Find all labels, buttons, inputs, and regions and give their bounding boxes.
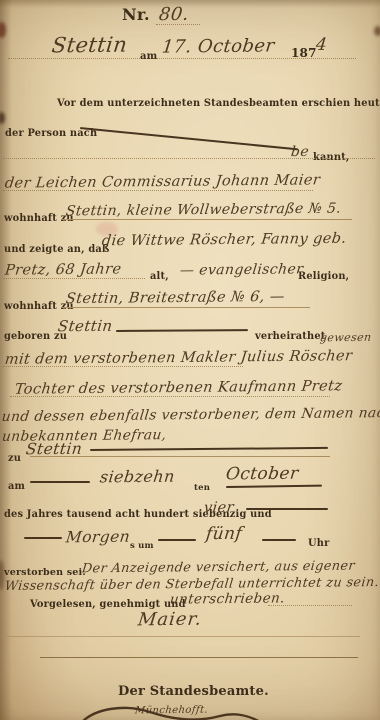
birthplace-entry: Stettin (57, 317, 114, 336)
residence2-entry: Stettin, Breitestraße № 6, — (65, 289, 286, 307)
record-number-label: Nr. (122, 5, 150, 24)
declarant-entry: der Leichen Commissarius Johann Maier (4, 172, 321, 191)
time-of-day-entry: Morgen (65, 528, 131, 547)
registrar-title: Der Standesbeamte. (118, 684, 269, 699)
record-number-value: 80. (158, 4, 190, 25)
ruled-line (10, 396, 330, 397)
spouse-entry: mit dem verstorbenen Makler Julius Rösch… (4, 348, 353, 368)
year-printed: 187 (291, 46, 317, 60)
uhr-label: Uhr (308, 538, 329, 549)
divider-rule (40, 657, 358, 658)
ruled-line (2, 636, 360, 637)
declarant-signature: Maier. (137, 609, 203, 631)
residence1-entry: Stettin, kleine Wollweberstraße № 5. (65, 201, 342, 220)
ruled-line (3, 278, 145, 279)
ruled-line (3, 366, 243, 367)
ink-stroke (30, 481, 90, 483)
ink-stroke (116, 329, 248, 331)
ink-stroke (80, 127, 298, 150)
s-um-label: s um (130, 541, 154, 551)
hour-entry: fünf (205, 524, 243, 544)
death-month-entry: October (225, 464, 300, 485)
recognition-printed: der Person nach (5, 128, 97, 139)
am-day-label: am (8, 481, 25, 492)
religion-entry: — evangelischer (179, 261, 304, 278)
age-entry: Pretz, 68 Jahre (4, 261, 122, 278)
ink-stroke (24, 537, 62, 539)
am-label: am (140, 51, 157, 62)
document-scan: Nr. 80. Stettin am 17. October 187 4 Vor… (0, 0, 380, 720)
verheirathet-label: verheirathet (255, 331, 325, 342)
ruled-line (3, 158, 375, 159)
ruled-line (268, 605, 352, 606)
ruled-line (156, 24, 200, 25)
paper-stain (374, 26, 380, 36)
gewesen-entry: gewesen (319, 331, 372, 345)
alt-label: alt, (150, 271, 169, 282)
ruled-line (62, 307, 310, 308)
ink-stroke (90, 447, 328, 451)
death-day-entry: siebzehn (99, 467, 176, 487)
ink-stroke (262, 539, 296, 541)
ink-stroke (158, 539, 196, 541)
father-entry: Tochter des verstorbenen Kaufmann Pretz (14, 378, 343, 397)
ruled-line (62, 219, 352, 220)
ten-label: ten (194, 483, 210, 493)
date-entry: 17. October (161, 35, 276, 57)
intro-text: Vor dem unterzeichneten Standesbeamten e… (57, 98, 380, 109)
death-year-entry: vier (203, 500, 235, 516)
year-digit-entry: 4 (315, 35, 328, 55)
ink-stroke (246, 508, 328, 510)
religion-label: Religion, (298, 271, 349, 282)
signature-flourish (78, 700, 298, 720)
ruled-line (3, 190, 313, 191)
ruled-line (30, 456, 330, 457)
ink-stroke (226, 485, 322, 488)
report-printed: und zeigte an, daß (4, 244, 110, 255)
mother-entry-line1: und dessen ebenfalls verstorbener, dem N… (1, 405, 380, 425)
report-entry: die Wittwe Röscher, Fanny geb. (101, 231, 347, 250)
place-entry: Stettin (51, 33, 129, 58)
zu-label: zu (8, 453, 21, 464)
